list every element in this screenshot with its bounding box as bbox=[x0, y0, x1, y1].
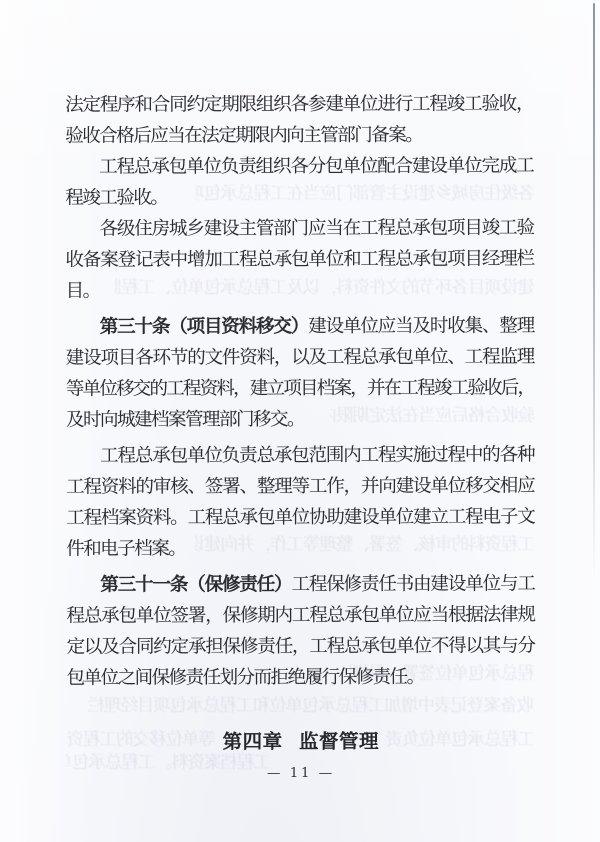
text-line: 第三十一条（保修责任）工程保修责任书由建设单位与工 bbox=[66, 568, 534, 600]
text-line: 定以及合同约定承担保修责任，工程总承包单位不得以其与分 bbox=[67, 630, 535, 662]
text-line: 目。 bbox=[66, 274, 534, 306]
article-heading-bold: 第三十一条（保修责任） bbox=[100, 574, 291, 596]
chapter-heading: 第四章 监督管理 bbox=[67, 725, 535, 754]
document-content: 法定程序和合同约定期限组织各参建单位进行工程竣工验收，验收合格后应当在法定期限内… bbox=[65, 88, 535, 781]
text-line: 工程档案资料。工程总承包单位协助建设单位建立工程电子文 bbox=[66, 501, 534, 533]
text-line: 法定程序和合同约定期限组织各参建单位进行工程竣工验收， bbox=[65, 88, 533, 120]
text-line: 第三十条（项目资料移交）建设单位应当及时收集、整理 bbox=[66, 310, 534, 342]
text-line: 收备案登记表中增加工程总承包单位和工程总承包项目经理栏 bbox=[66, 243, 534, 275]
text-line: 工程总承包单位负责组织各分包单位配合建设单位完成工 bbox=[65, 150, 533, 182]
text-line: 各级住房城乡建设主管部门应当在工程总承包项目竣工验 bbox=[65, 212, 533, 244]
scan-edge-line bbox=[593, 3, 595, 578]
article-heading-bold: 第三十条（项目资料移交） bbox=[100, 316, 309, 338]
text-line: 包单位之间保修责任划分而拒绝履行保修责任。 bbox=[67, 661, 535, 693]
text-line: 件和电子档案。 bbox=[66, 532, 534, 564]
document-lines: 法定程序和合同约定期限组织各参建单位进行工程竣工验收，验收合格后应当在法定期限内… bbox=[65, 88, 535, 693]
text-line: 工程资料的审核、签署、整理等工作，并向建设单位移交相应 bbox=[66, 470, 534, 502]
text-line: 建设项目各环节的文件资料，以及工程总承包单位、工程监理 bbox=[66, 341, 534, 373]
text-line: 程竣工验收。 bbox=[65, 181, 533, 213]
text-line: 工程总承包单位负责总承包范围内工程实施过程中的各种 bbox=[66, 439, 534, 471]
document-page: 各级住房城乡建设主管部门应当在工程总承包项目竣工验建设项目各环节的文件资料，以及… bbox=[0, 0, 600, 842]
text-line: 程总承包单位签署，保修期内工程总承包单位应当根据法律规 bbox=[66, 599, 534, 631]
page-number: — 11 — bbox=[67, 764, 535, 781]
text-line: 验收合格后应当在法定期限内向主管部门备案。 bbox=[65, 119, 533, 151]
text-line: 及时向城建档案管理部门移交。 bbox=[66, 403, 534, 435]
text-line: 等单位移交的工程资料，建立项目档案，并在工程竣工验收后， bbox=[66, 372, 534, 404]
